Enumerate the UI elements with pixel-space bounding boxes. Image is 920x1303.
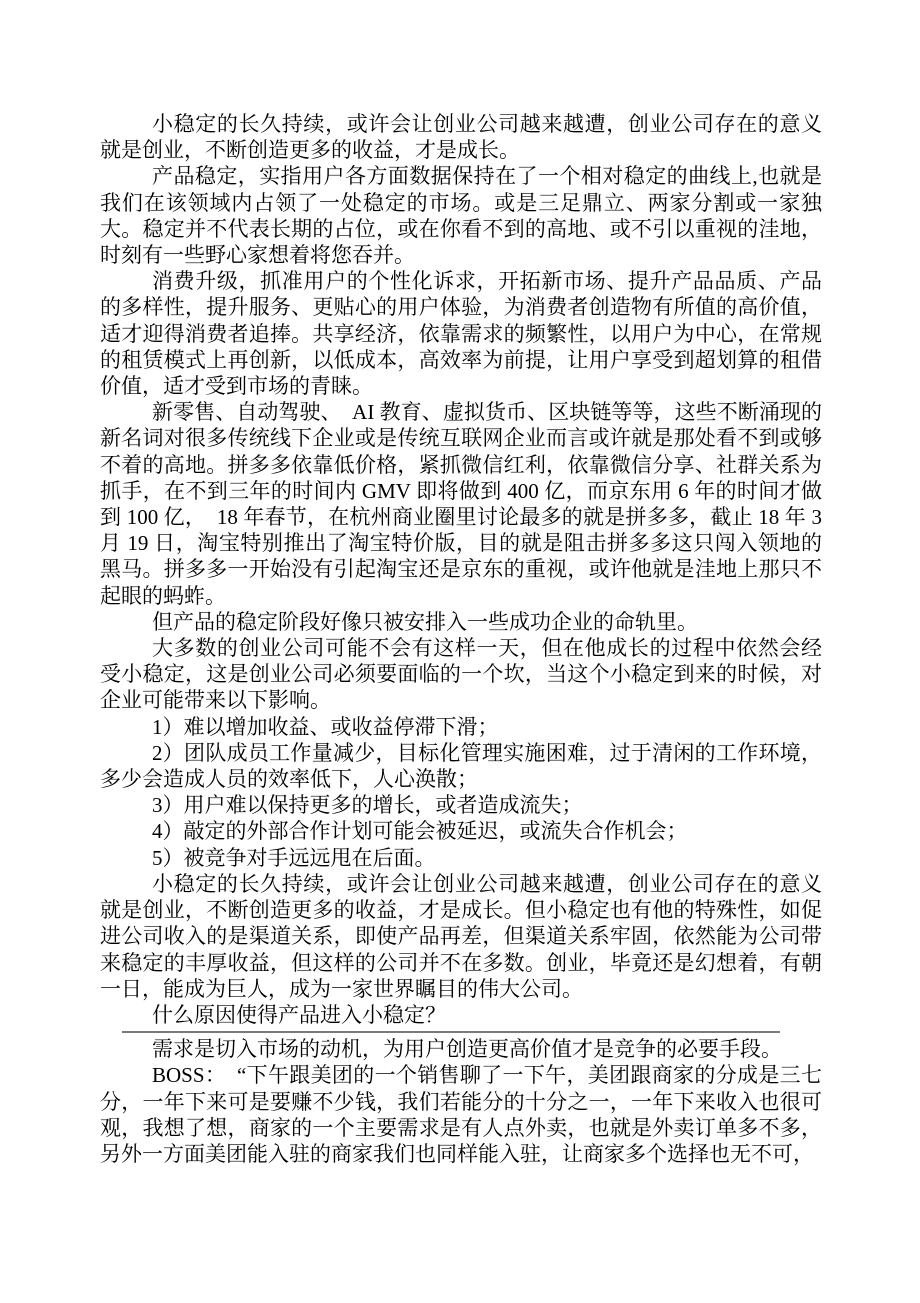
paragraph: 小稳定的长久持续，或许会让创业公司越来越遭，创业公司存在的意义就是创业，不断创造…: [100, 871, 822, 1002]
paragraph: BOSS： “下午跟美团的一个销售聊了一下午，美团跟商家的分成是三七分，一年下来…: [100, 1062, 822, 1167]
paragraph: 新零售、自动驾驶、 AI 教育、虚拟货币、区块链等等，这些不断涌现的新名词对很多…: [100, 399, 822, 609]
paragraph: 消费升级，抓准用户的个性化诉求，开拓新市场、提升产品品质、产品的多样性，提升服务…: [100, 268, 822, 399]
paragraph: 小稳定的长久持续，或许会让创业公司越来越遭，创业公司存在的意义就是创业，不断创造…: [100, 111, 822, 163]
numbered-list-item: 2）团队成员工作量减少，目标化管理实施困难，过于清闲的工作环境，多少会造成人员的…: [100, 740, 822, 792]
paragraph: 产品稳定，实指用户各方面数据保持在了一个相对稳定的曲线上,也就是我们在该领域内占…: [100, 163, 822, 268]
numbered-list-item: 5）被竞争对手远远甩在后面。: [100, 845, 822, 871]
section-divider-line: [122, 1031, 780, 1033]
paragraph: 什么原因使得产品进入小稳定？: [100, 1002, 822, 1028]
document-page: 小稳定的长久持续，或许会让创业公司越来越遭，创业公司存在的意义就是创业，不断创造…: [0, 0, 920, 1303]
numbered-list-item: 3）用户难以保持更多的增长，或者造成流失；: [100, 792, 822, 818]
numbered-list-item: 1）难以增加收益、或收益停滞下滑；: [100, 714, 822, 740]
paragraph: 大多数的创业公司可能不会有这样一天，但在他成长的过程中依然会经受小稳定，这是创业…: [100, 635, 822, 714]
paragraph: 但产品的稳定阶段好像只被安排入一些成功企业的命轨里。: [100, 609, 822, 635]
numbered-list-item: 4）敲定的外部合作计划可能会被延迟，或流失合作机会；: [100, 818, 822, 844]
document-body: 小稳定的长久持续，或许会让创业公司越来越遭，创业公司存在的意义就是创业，不断创造…: [100, 111, 822, 1167]
paragraph: 需求是切入市场的动机，为用户创造更高价值才是竞争的必要手段。: [100, 1036, 822, 1062]
